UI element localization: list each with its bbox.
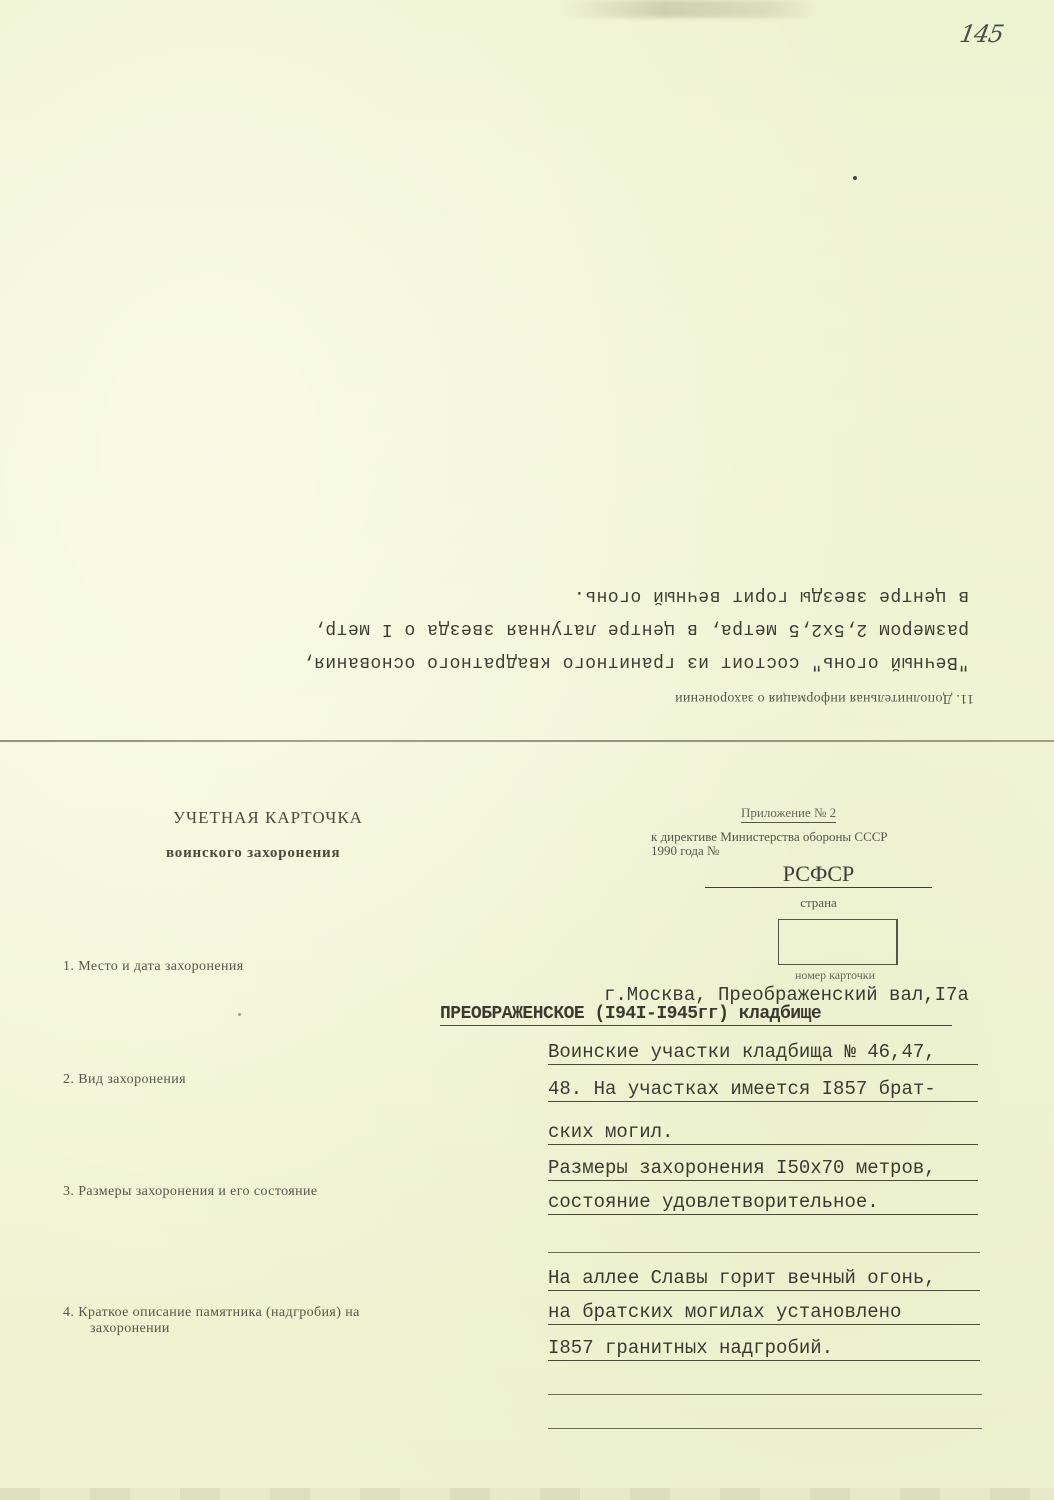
card-subtitle: воинского захоронения <box>166 845 340 862</box>
directive-year: 1990 года № <box>651 844 888 858</box>
burial-type-line: ских могил. <box>548 1120 978 1145</box>
reverse-text-line: размером 2,5х2,5 метра, в центре латунна… <box>313 619 969 639</box>
field-label-line: 4. Краткое описание памятника (надгробия… <box>63 1305 360 1321</box>
card-number-label: номер карточки <box>705 968 965 983</box>
fold-line <box>0 740 1054 742</box>
field-label-size-condition: 3. Размеры захоронения и его состояние <box>63 1184 318 1200</box>
paper-stain <box>560 0 820 18</box>
burial-type-line: Воинские участки кладбища № 46,47, <box>548 1040 978 1065</box>
monument-description-line: I857 гранитных надгробий. <box>548 1336 980 1361</box>
reverse-side-section: 11. Дополнительная информация о захороне… <box>0 540 1054 720</box>
field-label-burial-type: 2. Вид захоронения <box>63 1072 186 1088</box>
country-label: страна <box>705 895 932 911</box>
field-label-burial-place-date: 1. Место и дата захоронения <box>63 959 244 975</box>
card-number-field[interactable] <box>778 919 898 965</box>
ink-speck <box>853 176 857 180</box>
field-label-line: захоронении <box>63 1321 360 1337</box>
size-condition-line: состояние удовлетворительное. <box>548 1190 978 1215</box>
burial-cemetery-name: ПРЕОБРАЖЕНСКОЕ (I94I-I945гг) кладбище <box>440 1003 952 1026</box>
burial-type-line: 48. На участках имеется I857 брат- <box>548 1077 978 1102</box>
card-title: УЧЕТНАЯ КАРТОЧКА <box>173 808 363 828</box>
monument-description-line <box>548 1370 982 1395</box>
monument-description-line: на братских могилах установлено <box>548 1300 980 1325</box>
ink-speck <box>238 1013 241 1016</box>
country-field[interactable]: РСФСР <box>705 862 932 888</box>
reverse-text-line: в центре звезды горит вечный огонь. <box>573 586 969 606</box>
size-condition-line: Размеры захоронения I50х70 метров, <box>548 1156 978 1181</box>
field-label-monument-description: 4. Краткое описание памятника (надгробия… <box>63 1305 360 1337</box>
size-condition-line <box>548 1228 980 1253</box>
reverse-text-line: "Вечный огонь" состоит из гранитного ква… <box>302 652 969 672</box>
monument-description-line: На аллее Славы горит вечный огонь, <box>548 1266 980 1291</box>
directive-line: к директиве Министерства обороны СССР <box>651 830 888 844</box>
appendix-label: Приложение № 2 <box>741 805 836 823</box>
directive-reference: к директиве Министерства обороны СССР 19… <box>651 830 888 858</box>
monument-description-line <box>548 1404 982 1429</box>
section-11-label: 11. Дополнительная информация о захороне… <box>675 690 974 706</box>
paper-edge <box>0 1488 1054 1500</box>
handwritten-page-number: 145 <box>958 20 1006 48</box>
